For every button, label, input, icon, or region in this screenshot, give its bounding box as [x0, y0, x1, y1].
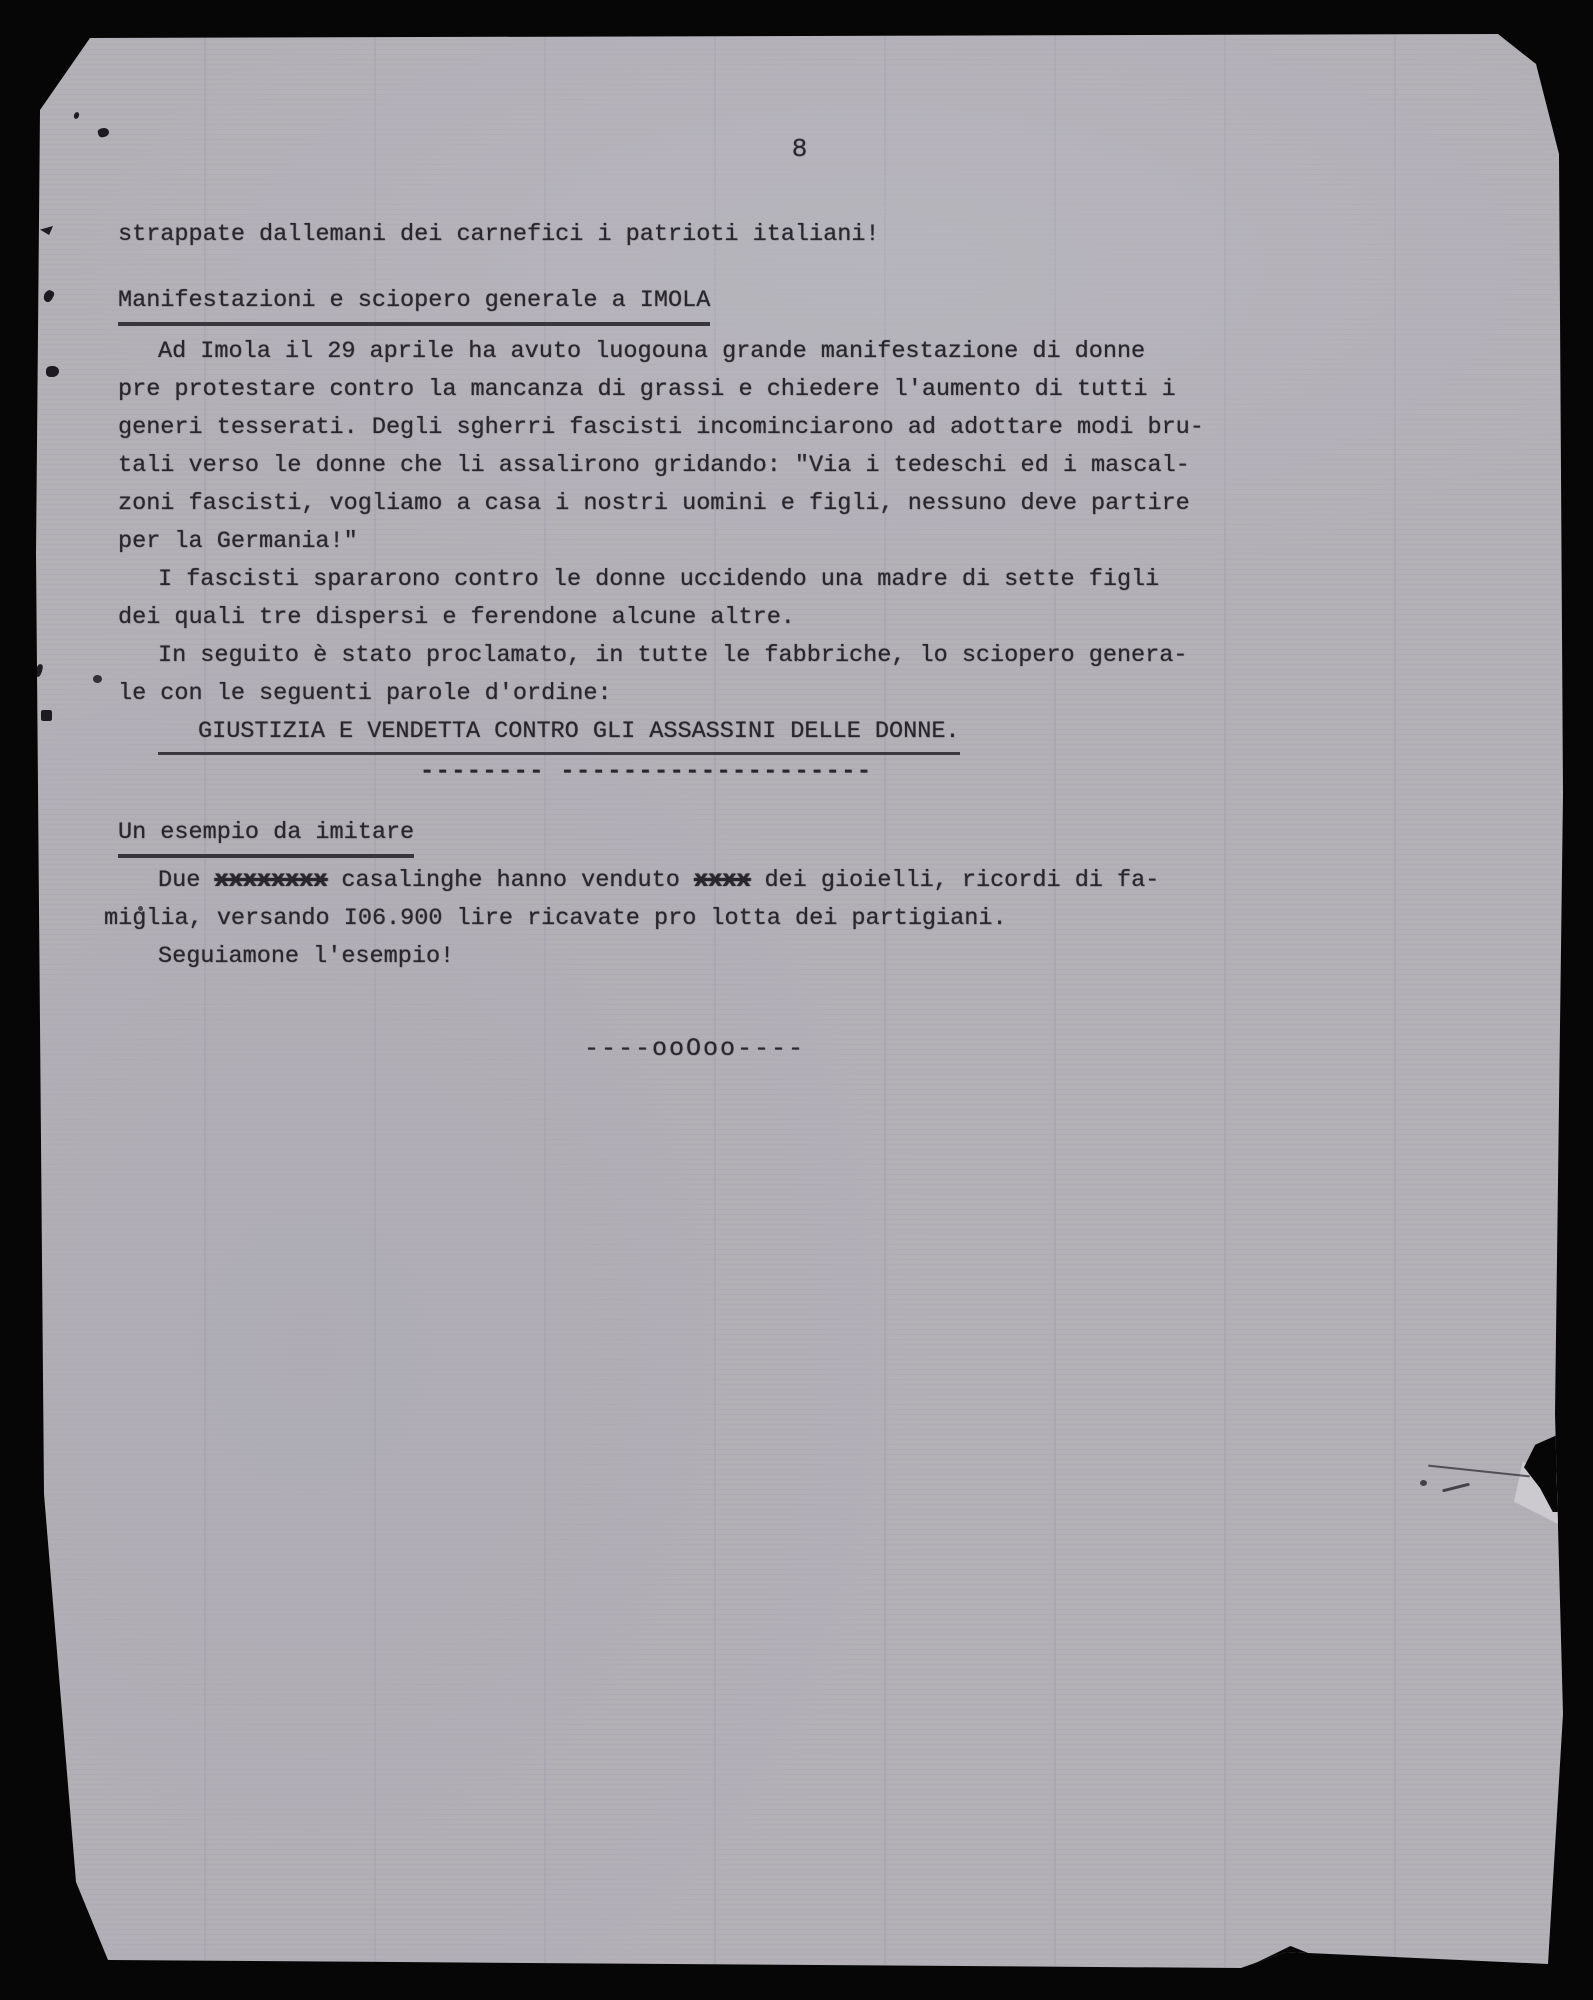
- paper-tear-crack: [1420, 1480, 1427, 1486]
- paragraph-line: pre protestare contro la mancanza di gra…: [118, 371, 1204, 409]
- struck-text: xxxxxxxx: [214, 867, 327, 894]
- page-number: 8: [36, 130, 1563, 168]
- paragraph-line: zoni fascisti, vogliamo a casa i nostri …: [118, 485, 1204, 523]
- text-segment: casalinghe hanno venduto: [327, 867, 694, 894]
- dashed-separator: -------- --------------------: [420, 753, 872, 791]
- paragraph-line: Ad Imola il 29 aprile ha avuto luogouna …: [118, 333, 1204, 371]
- ink-speck: [42, 289, 56, 304]
- scan-edge-shadow: [1241, 1946, 1351, 1970]
- paper-tear-crack: [1428, 1465, 1530, 1478]
- paragraph-line: I fascisti spararono contro le donne ucc…: [118, 561, 1204, 599]
- paragraph-line: tali verso le donne che li assalirono gr…: [118, 447, 1204, 485]
- section-heading-esempio-text: Un esempio da imitare: [118, 814, 414, 858]
- ink-speck: [46, 366, 59, 377]
- paragraph-line: per la Germania!": [118, 523, 1204, 561]
- paper-tear-crack: [1442, 1483, 1470, 1493]
- paragraph-line: generi tesserati. Degli sgherri fascisti…: [118, 409, 1204, 447]
- ink-speck: [73, 111, 80, 119]
- ink-speck: [93, 675, 102, 683]
- closing-ornament: ----ooOoo----: [584, 1030, 805, 1068]
- clipped-corner: [1522, 38, 1556, 102]
- struck-text: xxxx: [694, 867, 750, 894]
- body-text-imola: Ad Imola il 29 aprile ha avuto luogouna …: [118, 333, 1204, 755]
- paragraph-line-with-strikeouts: Due xxxxxxxx casalinghe hanno venduto xx…: [118, 862, 1159, 900]
- section-heading-esempio: Un esempio da imitare: [118, 814, 414, 858]
- body-text-esempio: Due xxxxxxxx casalinghe hanno venduto xx…: [118, 862, 1159, 976]
- scanned-page: 8 strappate dallemani dei carnefici i pa…: [36, 34, 1563, 1968]
- ink-speck: [138, 906, 143, 911]
- slogan-line: GIUSTIZIA E VENDETTA CONTRO GLI ASSASSIN…: [118, 713, 1204, 755]
- ink-speck: [34, 663, 44, 677]
- ink-speck: [40, 226, 53, 235]
- text-segment: Due: [158, 867, 214, 894]
- paragraph-line: In seguito è stato proclamato, in tutte …: [118, 637, 1204, 675]
- paragraph-line: le con le seguenti parole d'ordine:: [118, 675, 1204, 713]
- section-heading-imola: Manifestazioni e sciopero generale a IMO…: [118, 282, 710, 326]
- text-segment: dei gioielli, ricordi di fa-: [750, 867, 1159, 894]
- section-heading-imola-text: Manifestazioni e sciopero generale a IMO…: [118, 282, 710, 326]
- paragraph-line: dei quali tre dispersi e ferendone alcun…: [118, 599, 1204, 637]
- ink-speck: [41, 710, 52, 721]
- paragraph-line: miglia, versando I06.900 lire ricavate p…: [104, 900, 1159, 938]
- intro-line: strappate dallemani dei carnefici i patr…: [118, 216, 880, 254]
- paragraph-line: Seguiamone l'esempio!: [118, 938, 1159, 976]
- slogan-text: GIUSTIZIA E VENDETTA CONTRO GLI ASSASSIN…: [158, 713, 960, 755]
